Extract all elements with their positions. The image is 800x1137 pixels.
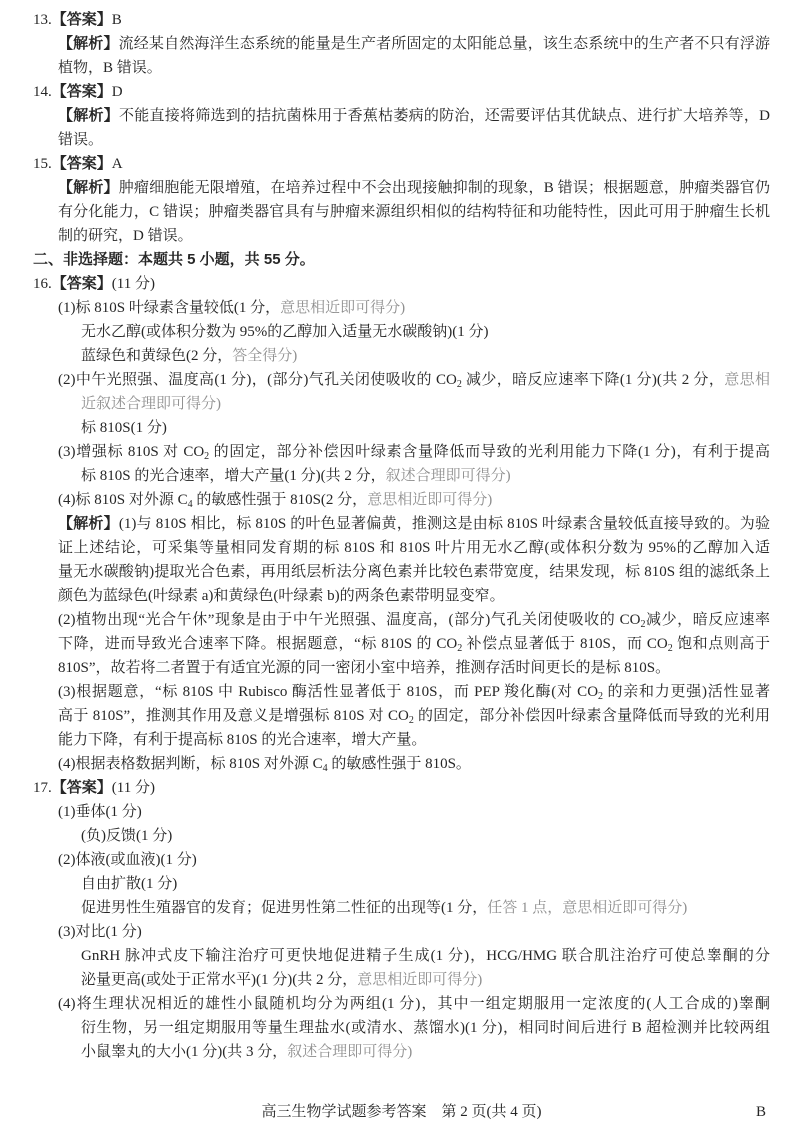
bold-label: 【解析】 bbox=[58, 515, 119, 532]
text-segment: 16. bbox=[33, 276, 52, 292]
text-line: 标 810S 的光合速率，增大产量(1 分)(共 2 分，叙述合理即可得分) bbox=[81, 464, 770, 488]
text-segment: 标 810S 的光合速率，增大产量(1 分)(共 2 分， bbox=[81, 468, 386, 484]
text-line: (2)植物出现“光合午休”现象是由于中午光照强、温度高，(部分)气孔关闭使吸收的… bbox=[58, 608, 770, 632]
text-segment: (3)对比(1 分) bbox=[58, 924, 142, 940]
text-segment: 的敏感性强于 810S。 bbox=[328, 756, 471, 772]
text-segment: (2)植物出现“光合午休”现象是由于中午光照强、温度高，(部分)气孔关闭使吸收的… bbox=[58, 612, 640, 628]
text-segment: (2)体液(或血液)(1 分) bbox=[58, 852, 197, 868]
text-segment: A bbox=[112, 156, 123, 172]
text-segment: 制的研究，D 错误。 bbox=[58, 228, 193, 244]
answer-sheet-page: 13.【答案】B【解析】流经某自然海洋生态系统的能量是生产者所固定的太阳能总量，… bbox=[0, 0, 800, 1137]
text-segment: 无水乙醇(或体积分数为 95%的乙醇加入适量无水碳酸钠)(1 分) bbox=[81, 324, 488, 340]
text-line: 错误。 bbox=[58, 128, 770, 152]
text-line: 颜色为蓝绿色(叶绿素 a)和黄绿色(叶绿素 b)的两条色素带明显变窄。 bbox=[58, 584, 770, 608]
text-line: 标 810S(1 分) bbox=[81, 416, 770, 440]
text-segment: D bbox=[112, 84, 123, 100]
text-segment: 错误。 bbox=[58, 132, 103, 148]
text-segment: 的固定，部分补偿因叶绿素含量降低而导致的光利用能力下降(1 分)，有利于提高 bbox=[209, 444, 770, 460]
text-segment: 蓝绿色和黄绿色(2 分， bbox=[81, 348, 232, 364]
footer-title: 高三生物学试题参考答案 bbox=[261, 1104, 426, 1120]
grading-note: 意思相近即可得分) bbox=[357, 972, 482, 988]
bold-label: 【解析】 bbox=[58, 35, 119, 52]
grading-note: 意思相 bbox=[724, 372, 770, 388]
text-segment: 泌量更高(或处于正常水平)(1 分)(共 2 分， bbox=[81, 972, 357, 988]
text-segment: 的敏感性强于 810S(2 分， bbox=[193, 492, 368, 508]
text-line: (2)体液(或血液)(1 分) bbox=[58, 848, 770, 872]
text-segment: (11 分) bbox=[112, 276, 155, 292]
text-line: (3)根据题意，“标 810S 中 Rubisco 酶活性显著低于 810S，而… bbox=[58, 680, 770, 704]
text-segment: 减少，暗反应速率下降(1 分)(共 2 分， bbox=[462, 372, 724, 388]
text-line: 二、非选择题：本题共 5 小题，共 55 分。 bbox=[33, 248, 770, 272]
text-line: 能力下降，有利于提高标 810S 的光合速率，增大产量。 bbox=[58, 728, 770, 752]
text-line: 近叙述合理即可得分) bbox=[81, 392, 770, 416]
text-line: 下降，进而导致光合速率下降。根据题意，“标 810S 的 CO2 补偿点显著低于… bbox=[58, 632, 770, 656]
text-segment: (1)与 810S 相比，标 810S 的叶色显著偏黄，推测这是由标 810S … bbox=[119, 516, 770, 532]
bold-label: 【答案】 bbox=[52, 275, 112, 292]
text-segment: 饱和点则高于 bbox=[673, 636, 770, 652]
text-segment: 衍生物，另一组定期服用等量生理盐水(或清水、蒸馏水)(1 分)，相同时间后进行 … bbox=[81, 1020, 770, 1036]
text-line: 13.【答案】B bbox=[33, 8, 770, 32]
text-line: (3)增强标 810S 对 CO2 的固定，部分补偿因叶绿素含量降低而导致的光利… bbox=[58, 440, 770, 464]
text-segment: B bbox=[112, 12, 122, 28]
text-line: 植物，B 错误。 bbox=[58, 56, 770, 80]
text-line: 衍生物，另一组定期服用等量生理盐水(或清水、蒸馏水)(1 分)，相同时间后进行 … bbox=[81, 1016, 770, 1040]
page-footer: 高三生物学试题参考答案第 2 页(共 4 页) B bbox=[33, 1100, 770, 1124]
text-line: 【解析】肿瘤细胞能无限增殖，在培养过程中不会出现接触抑制的现象，B 错误；根据题… bbox=[58, 176, 770, 200]
text-segment: 14. bbox=[33, 84, 52, 100]
text-line: 无水乙醇(或体积分数为 95%的乙醇加入适量无水碳酸钠)(1 分) bbox=[81, 320, 770, 344]
text-line: (1)垂体(1 分) bbox=[58, 800, 770, 824]
text-segment: 高于 810S”，推测其作用及意义是增强标 810S 对 CO bbox=[58, 708, 409, 724]
text-segment: 促进男性生殖器官的发育；促进男性第二性征的出现等(1 分， bbox=[81, 900, 487, 916]
text-segment: 小鼠睾丸的大小(1 分)(共 3 分， bbox=[81, 1044, 287, 1060]
text-segment: 减少，暗反应速率 bbox=[645, 612, 770, 628]
text-segment: 810S”，故若将二者置于有适宜光源的同一密闭小室中培养，推测存活时间更长的是标… bbox=[58, 660, 670, 676]
document-lines: 13.【答案】B【解析】流经某自然海洋生态系统的能量是生产者所固定的太阳能总量，… bbox=[33, 8, 770, 1064]
text-segment: 补偿点显著低于 810S，而 CO bbox=[462, 636, 668, 652]
bold-label: 二、非选择题：本题共 5 小题，共 55 分。 bbox=[33, 251, 315, 268]
text-line: (4)标 810S 对外源 C4 的敏感性强于 810S(2 分，意思相近即可得… bbox=[58, 488, 770, 512]
text-segment: 有分化能力，C 错误；肿瘤类器官具有与肿瘤来源组织相似的结构特征和功能特性，因此… bbox=[58, 204, 770, 220]
text-line: 促进男性生殖器官的发育；促进男性第二性征的出现等(1 分，任答 1 点，意思相近… bbox=[81, 896, 770, 920]
text-segment: 13. bbox=[33, 12, 52, 28]
text-segment: 不能直接将筛选到的拮抗菌株用于香蕉枯萎病的防治，还需要评估其优缺点、进行扩大培养… bbox=[119, 108, 770, 124]
grading-note: 任答 1 点，意思相近即可得分) bbox=[487, 900, 687, 916]
grading-note: 意思相近即可得分) bbox=[280, 300, 405, 316]
text-line: 小鼠睾丸的大小(1 分)(共 3 分，叙述合理即可得分) bbox=[81, 1040, 770, 1064]
footer-corner-mark: B bbox=[756, 1100, 766, 1124]
text-segment: (2)中午光照强、温度高(1 分)，(部分)气孔关闭使吸收的 CO bbox=[58, 372, 457, 388]
text-segment: 下降，进而导致光合速率下降。根据题意，“标 810S 的 CO bbox=[58, 636, 457, 652]
grading-note: 意思相近即可得分) bbox=[367, 492, 492, 508]
text-segment: 证上述结论，可采集等量相同发育期的标 810S 和 810S 叶片用无水乙醇(或… bbox=[58, 540, 770, 556]
text-segment: GnRH 脉冲式皮下输注治疗可更快地促进精子生成(1 分)，HCG/HMG 联合… bbox=[81, 948, 770, 964]
text-line: 【解析】不能直接将筛选到的拮抗菌株用于香蕉枯萎病的防治，还需要评估其优缺点、进行… bbox=[58, 104, 770, 128]
text-line: (4)将生理状况相近的雄性小鼠随机均分为两组(1 分)，其中一组定期服用一定浓度… bbox=[58, 992, 770, 1016]
text-line: 制的研究，D 错误。 bbox=[58, 224, 770, 248]
bold-label: 【解析】 bbox=[58, 179, 119, 196]
grading-note: 叙述合理即可得分) bbox=[287, 1044, 412, 1060]
text-segment: 15. bbox=[33, 156, 52, 172]
text-segment: 的固定，部分补偿因叶绿素含量降低而导致的光利用 bbox=[414, 708, 770, 724]
text-segment: (4)根据表格数据判断，标 810S 对外源 C bbox=[58, 756, 323, 772]
bold-label: 【答案】 bbox=[52, 779, 112, 796]
text-line: 810S”，故若将二者置于有适宜光源的同一密闭小室中培养，推测存活时间更长的是标… bbox=[58, 656, 770, 680]
text-line: (1)标 810S 叶绿素含量较低(1 分，意思相近即可得分) bbox=[58, 296, 770, 320]
text-segment: (4)将生理状况相近的雄性小鼠随机均分为两组(1 分)，其中一组定期服用一定浓度… bbox=[58, 996, 770, 1012]
text-segment: 量无水碳酸钠)提取光合色素，再用纸层析法分离色素并比较色素带宽度，结果发现，标 … bbox=[58, 564, 770, 580]
text-line: (2)中午光照强、温度高(1 分)，(部分)气孔关闭使吸收的 CO2 减少，暗反… bbox=[58, 368, 770, 392]
text-line: 14.【答案】D bbox=[33, 80, 770, 104]
text-segment: 17. bbox=[33, 780, 52, 796]
text-segment: (3)增强标 810S 对 CO bbox=[58, 444, 204, 460]
text-segment: 的亲和力更强)活性显著 bbox=[603, 684, 770, 700]
grading-note: 近叙述合理即可得分) bbox=[81, 396, 221, 412]
text-segment: (4)标 810S 对外源 C bbox=[58, 492, 188, 508]
text-line: 证上述结论，可采集等量相同发育期的标 810S 和 810S 叶片用无水乙醇(或… bbox=[58, 536, 770, 560]
text-line: 【解析】(1)与 810S 相比，标 810S 的叶色显著偏黄，推测这是由标 8… bbox=[58, 512, 770, 536]
text-segment: 能力下降，有利于提高标 810S 的光合速率，增大产量。 bbox=[58, 732, 426, 748]
text-line: (3)对比(1 分) bbox=[58, 920, 770, 944]
text-segment: (11 分) bbox=[112, 780, 155, 796]
text-line: 蓝绿色和黄绿色(2 分，答全得分) bbox=[81, 344, 770, 368]
text-segment: (3)根据题意，“标 810S 中 Rubisco 酶活性显著低于 810S，而… bbox=[58, 684, 598, 700]
text-line: 自由扩散(1 分) bbox=[81, 872, 770, 896]
text-segment: 颜色为蓝绿色(叶绿素 a)和黄绿色(叶绿素 b)的两条色素带明显变窄。 bbox=[58, 588, 505, 604]
text-line: 量无水碳酸钠)提取光合色素，再用纸层析法分离色素并比较色素带宽度，结果发现，标 … bbox=[58, 560, 770, 584]
text-segment: 自由扩散(1 分) bbox=[81, 876, 177, 892]
grading-note: 叙述合理即可得分) bbox=[386, 468, 511, 484]
text-segment: 标 810S(1 分) bbox=[81, 420, 167, 436]
text-line: 16.【答案】(11 分) bbox=[33, 272, 770, 296]
text-line: (4)根据表格数据判断，标 810S 对外源 C4 的敏感性强于 810S。 bbox=[58, 752, 770, 776]
footer-page-number: 第 2 页(共 4 页) bbox=[442, 1104, 542, 1120]
text-line: 有分化能力，C 错误；肿瘤类器官具有与肿瘤来源组织相似的结构特征和功能特性，因此… bbox=[58, 200, 770, 224]
text-segment: 植物，B 错误。 bbox=[58, 60, 162, 76]
text-line: (负)反馈(1 分) bbox=[81, 824, 770, 848]
text-line: GnRH 脉冲式皮下输注治疗可更快地促进精子生成(1 分)，HCG/HMG 联合… bbox=[81, 944, 770, 968]
text-segment: 肿瘤细胞能无限增殖，在培养过程中不会出现接触抑制的现象，B 错误；根据题意，肿瘤… bbox=[58, 180, 770, 200]
text-line: 17.【答案】(11 分) bbox=[33, 776, 770, 800]
text-line: 高于 810S”，推测其作用及意义是增强标 810S 对 CO2 的固定，部分补… bbox=[58, 704, 770, 728]
text-line: 泌量更高(或处于正常水平)(1 分)(共 2 分，意思相近即可得分) bbox=[81, 968, 770, 992]
text-segment: 流经某自然海洋生态系统的能量是生产者所固定的太阳能总量，该生态系统中的生产者不只… bbox=[119, 36, 770, 52]
bold-label: 【解析】 bbox=[58, 107, 119, 124]
text-segment: (1)标 810S 叶绿素含量较低(1 分， bbox=[58, 300, 280, 316]
bold-label: 【答案】 bbox=[52, 11, 112, 28]
bold-label: 【答案】 bbox=[52, 155, 112, 172]
text-line: 15.【答案】A bbox=[33, 152, 770, 176]
bold-label: 【答案】 bbox=[52, 83, 112, 100]
text-segment: (1)垂体(1 分) bbox=[58, 804, 142, 820]
text-line: 【解析】流经某自然海洋生态系统的能量是生产者所固定的太阳能总量，该生态系统中的生… bbox=[58, 32, 770, 56]
grading-note: 答全得分) bbox=[232, 348, 297, 364]
text-segment: (负)反馈(1 分) bbox=[81, 828, 172, 844]
